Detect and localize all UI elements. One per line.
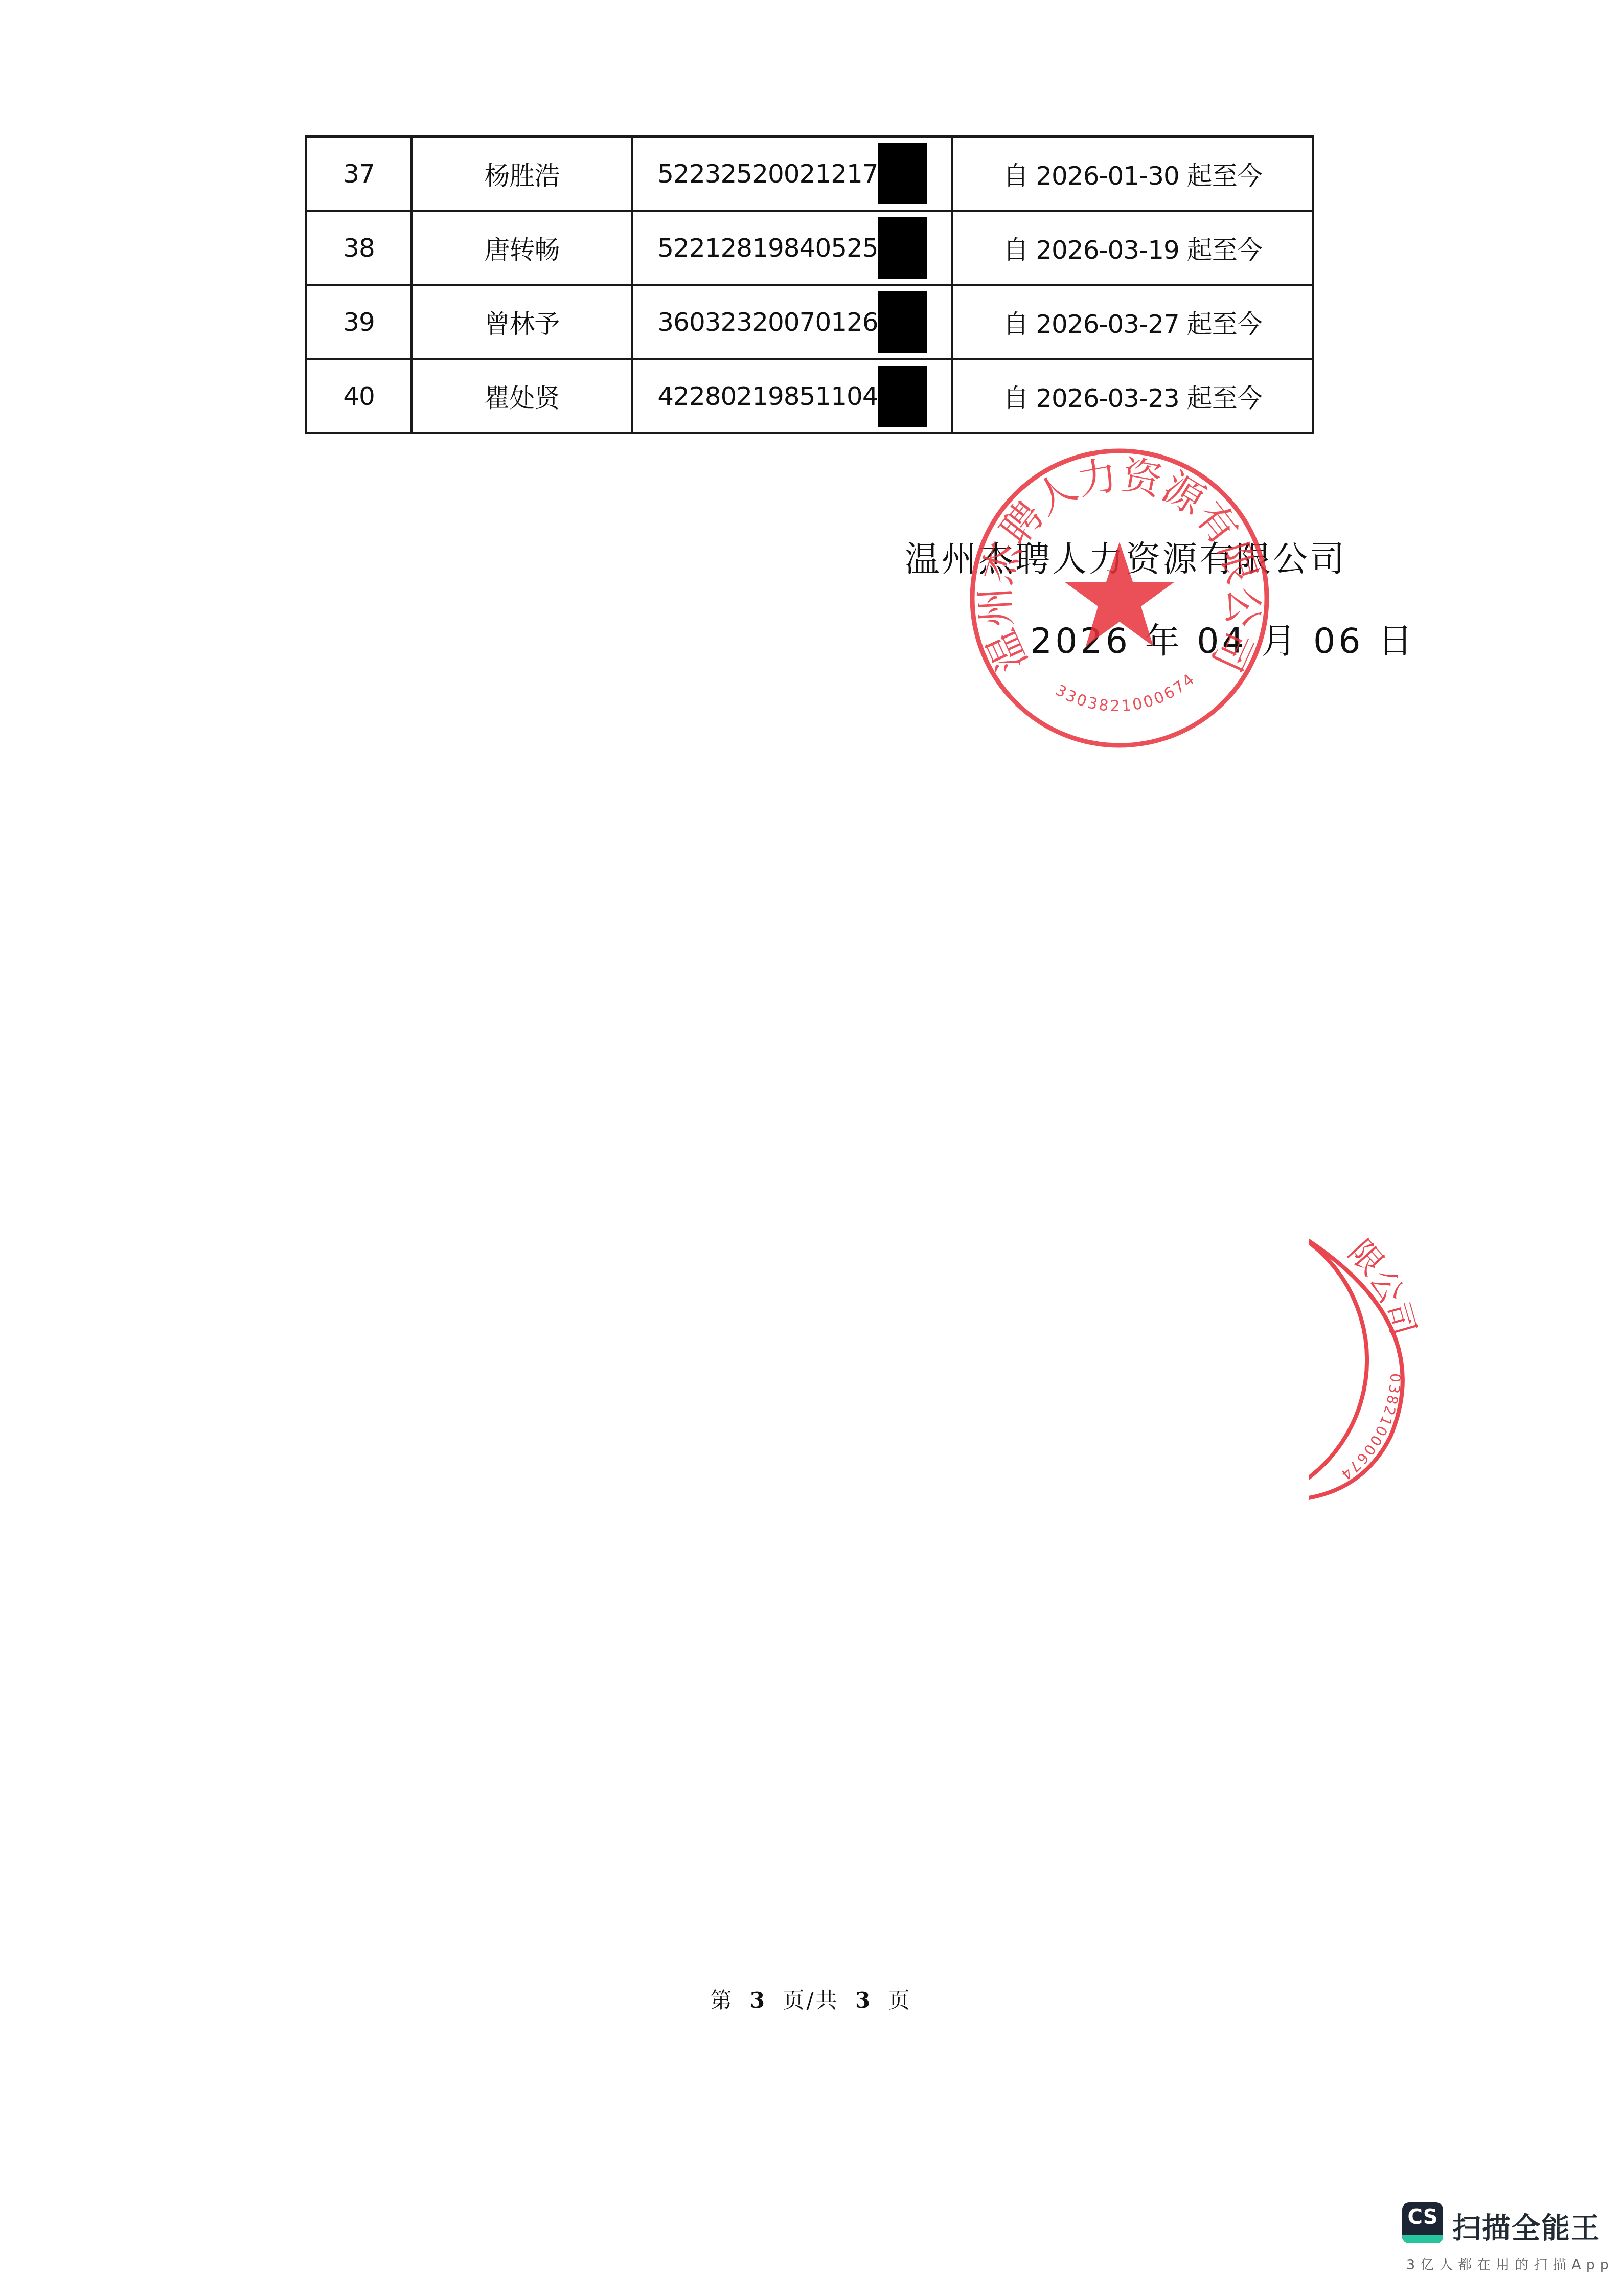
page-prefix: 第: [710, 1988, 734, 2013]
row-number: 38: [306, 211, 412, 285]
id-number-visible: 52232520021217: [657, 159, 878, 189]
employee-name: 唐转畅: [412, 211, 632, 285]
page-middle: 页/共: [783, 1988, 839, 2013]
total-pages: 3: [855, 1988, 872, 2013]
svg-text:限公司: 限公司: [1341, 1233, 1422, 1340]
id-number-visible: 36032320070126: [657, 307, 878, 337]
svg-text:3303821000674: 3303821000674: [1053, 670, 1200, 716]
row-number: 40: [306, 359, 412, 433]
id-number-visible: 42280219851104: [657, 381, 878, 411]
redaction-block: [878, 143, 927, 204]
partial-seal: 限公司 03821000674: [1309, 1212, 1431, 1508]
roster-body: 37杨胜浩52232520021217自 2026-01-30 起至今38唐转畅…: [306, 137, 1313, 433]
id-number-visible: 52212819840525: [657, 233, 878, 263]
employee-name: 曾林予: [412, 285, 632, 359]
employment-period: 自 2026-03-23 起至今: [952, 359, 1313, 433]
redaction-block: [878, 291, 927, 353]
row-number: 37: [306, 137, 412, 211]
employee-roster-table: 37杨胜浩52232520021217自 2026-01-30 起至今38唐转畅…: [305, 135, 1314, 434]
redaction-block: [878, 366, 927, 427]
employee-name: 瞿处贤: [412, 359, 632, 433]
camscanner-watermark: CS 扫描全能王 3亿人都在用的扫描App: [1402, 2202, 1617, 2289]
id-number: 52212819840525: [632, 211, 952, 285]
employment-period: 自 2026-01-30 起至今: [952, 137, 1313, 211]
star-icon: [1064, 542, 1175, 646]
table-row: 37杨胜浩52232520021217自 2026-01-30 起至今: [306, 137, 1313, 211]
page-suffix: 页: [888, 1988, 912, 2013]
current-page: 3: [750, 1988, 767, 2013]
employee-name: 杨胜浩: [412, 137, 632, 211]
app-name: 扫描全能王: [1452, 2206, 1601, 2246]
table-row: 40瞿处贤42280219851104自 2026-03-23 起至今: [306, 359, 1313, 433]
app-tagline: 3亿人都在用的扫描App: [1406, 2254, 1614, 2274]
row-number: 39: [306, 285, 412, 359]
id-number: 42280219851104: [632, 359, 952, 433]
employment-period: 自 2026-03-19 起至今: [952, 211, 1313, 285]
table-row: 38唐转畅52212819840525自 2026-03-19 起至今: [306, 211, 1313, 285]
table-row: 39曾林予36032320070126自 2026-03-27 起至今: [306, 285, 1313, 359]
page-number: 第 3 页/共 3 页: [0, 1984, 1622, 2014]
camscanner-logo-icon: CS: [1402, 2202, 1443, 2243]
id-number: 52232520021217: [632, 137, 952, 211]
employment-period: 自 2026-03-27 起至今: [952, 285, 1313, 359]
redaction-block: [878, 217, 927, 279]
company-seal: 温州杰聘人力资源有限公司 3303821000674: [966, 445, 1273, 752]
id-number: 36032320070126: [632, 285, 952, 359]
